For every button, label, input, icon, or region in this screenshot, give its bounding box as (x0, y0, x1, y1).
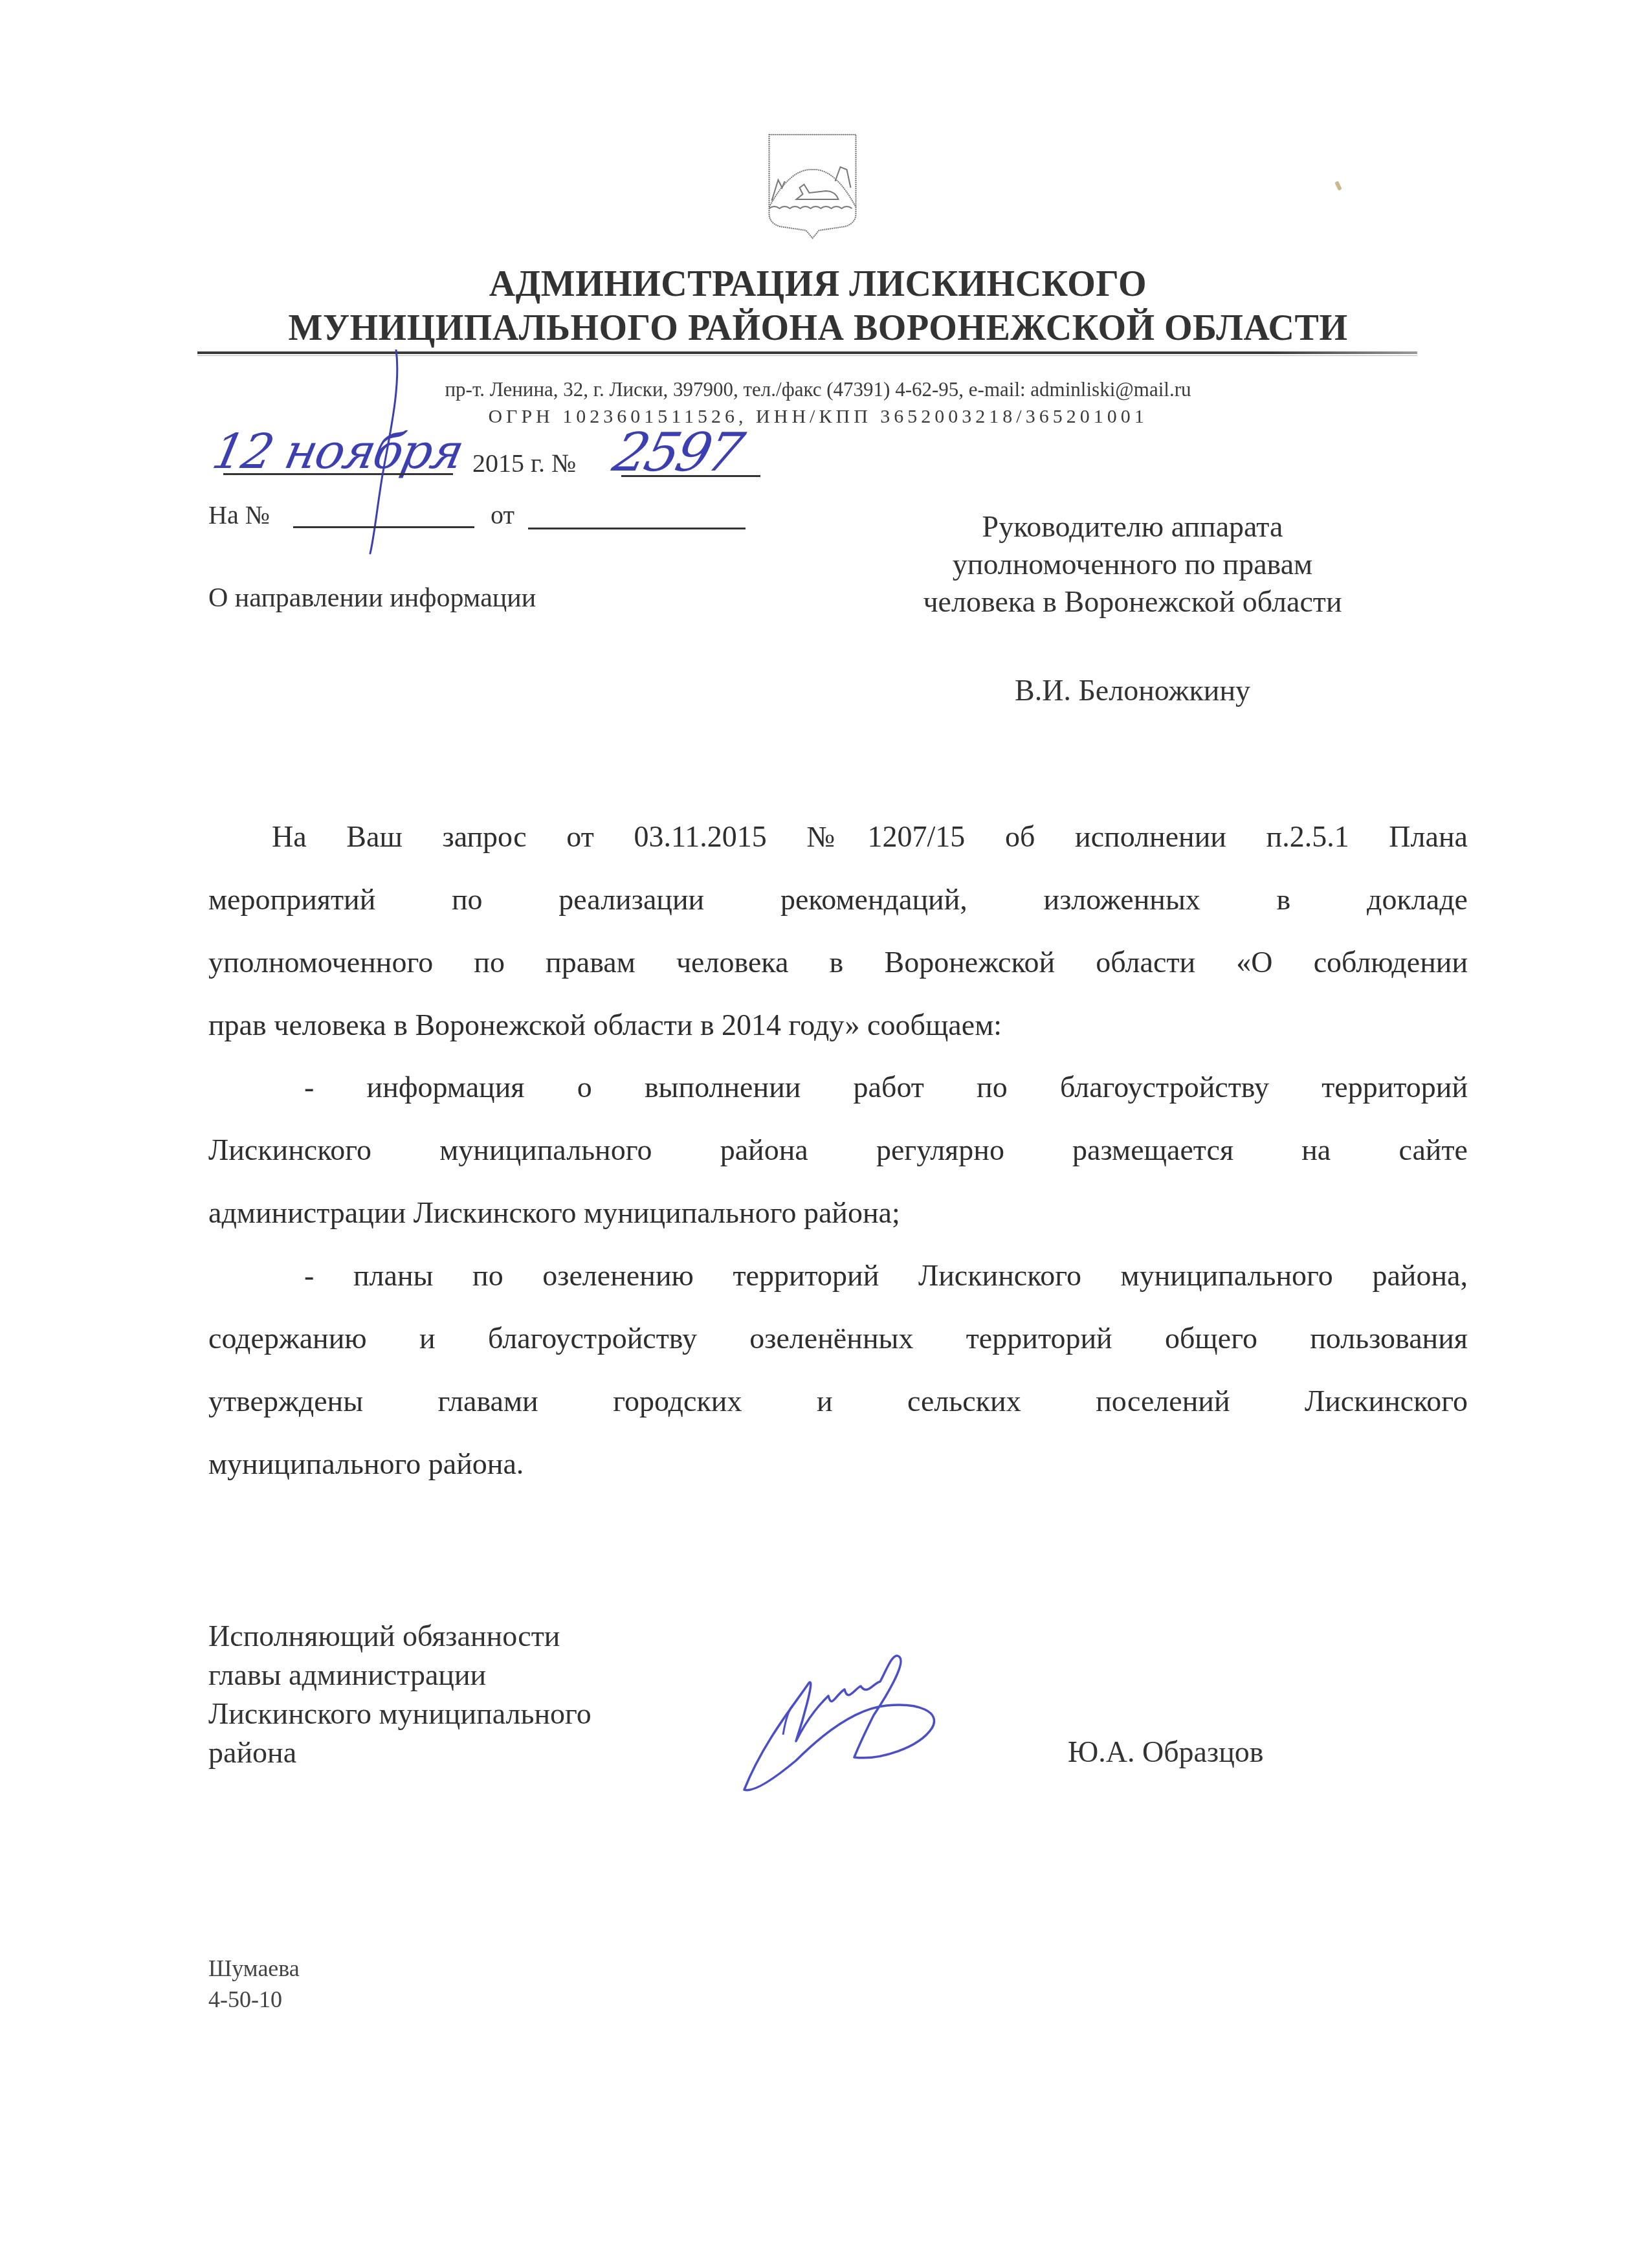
reference-date-label: от (491, 500, 514, 530)
list-item-line: Лискинского муниципального района регуля… (208, 1132, 1468, 1168)
executor-name: Шумаева (208, 1955, 300, 1982)
reference-number-label: На № (208, 500, 270, 530)
handwritten-signature (725, 1644, 1010, 1799)
organization-name-line1: АДМИНИСТРАЦИЯ ЛИСКИНСКОГО (0, 263, 1636, 305)
number-underline (621, 475, 760, 477)
addressee-line: уполномоченного по правам (841, 546, 1424, 583)
reference-number-blank (293, 526, 474, 528)
list-item-line: - информация о выполнении работ по благо… (304, 1069, 1468, 1106)
signer-title-line: Исполняющий обязанности (208, 1618, 560, 1654)
body-line: мероприятий по реализации рекомендаций, … (208, 882, 1468, 918)
signer-title-line: района (208, 1735, 296, 1771)
letter-subject: О направлении информации (208, 583, 536, 614)
signer-title-line: Лискинского муниципального (208, 1696, 591, 1732)
list-item-line: содержанию и благоустройству озеленённых… (208, 1320, 1468, 1357)
pen-stroke-mark (362, 350, 440, 557)
list-item-line: муниципального района. (208, 1446, 1468, 1482)
list-item-line: администрации Лискинского муниципального… (208, 1195, 1468, 1231)
body-line: уполномоченного по правам человека в Вор… (208, 944, 1468, 981)
body-line: прав человека в Воронежской области в 20… (208, 1007, 1468, 1043)
addressee-line: человека в Воронежской области (841, 583, 1424, 621)
organization-name-line2: МУНИЦИПАЛЬНОГО РАЙОНА ВОРОНЕЖСКОЙ ОБЛАСТ… (0, 307, 1636, 349)
coat-of-arms-icon (762, 129, 863, 243)
signer-name: Ю.А. Образцов (1068, 1735, 1264, 1769)
year-number-label: 2015 г. № (472, 448, 576, 478)
signer-title-line: главы администрации (208, 1657, 486, 1693)
addressee-line: Руководителю аппарата (841, 508, 1424, 546)
handwritten-outgoing-number: 2597 (607, 422, 747, 484)
executor-phone: 4-50-10 (208, 1986, 282, 2013)
body-line: На Ваш запрос от 03.11.2015 №1207/15 об … (272, 819, 1468, 855)
addressee-name: В.И. Белоножкину (841, 673, 1424, 707)
list-item-line: - планы по озеленению территорий Лискинс… (304, 1258, 1468, 1294)
scan-artifact (1334, 181, 1342, 190)
reference-date-blank (528, 528, 746, 529)
contact-address: пр-т. Ленина, 32, г. Лиски, 397900, тел.… (0, 378, 1636, 401)
list-item-line: утверждены главами городских и сельских … (208, 1383, 1468, 1419)
